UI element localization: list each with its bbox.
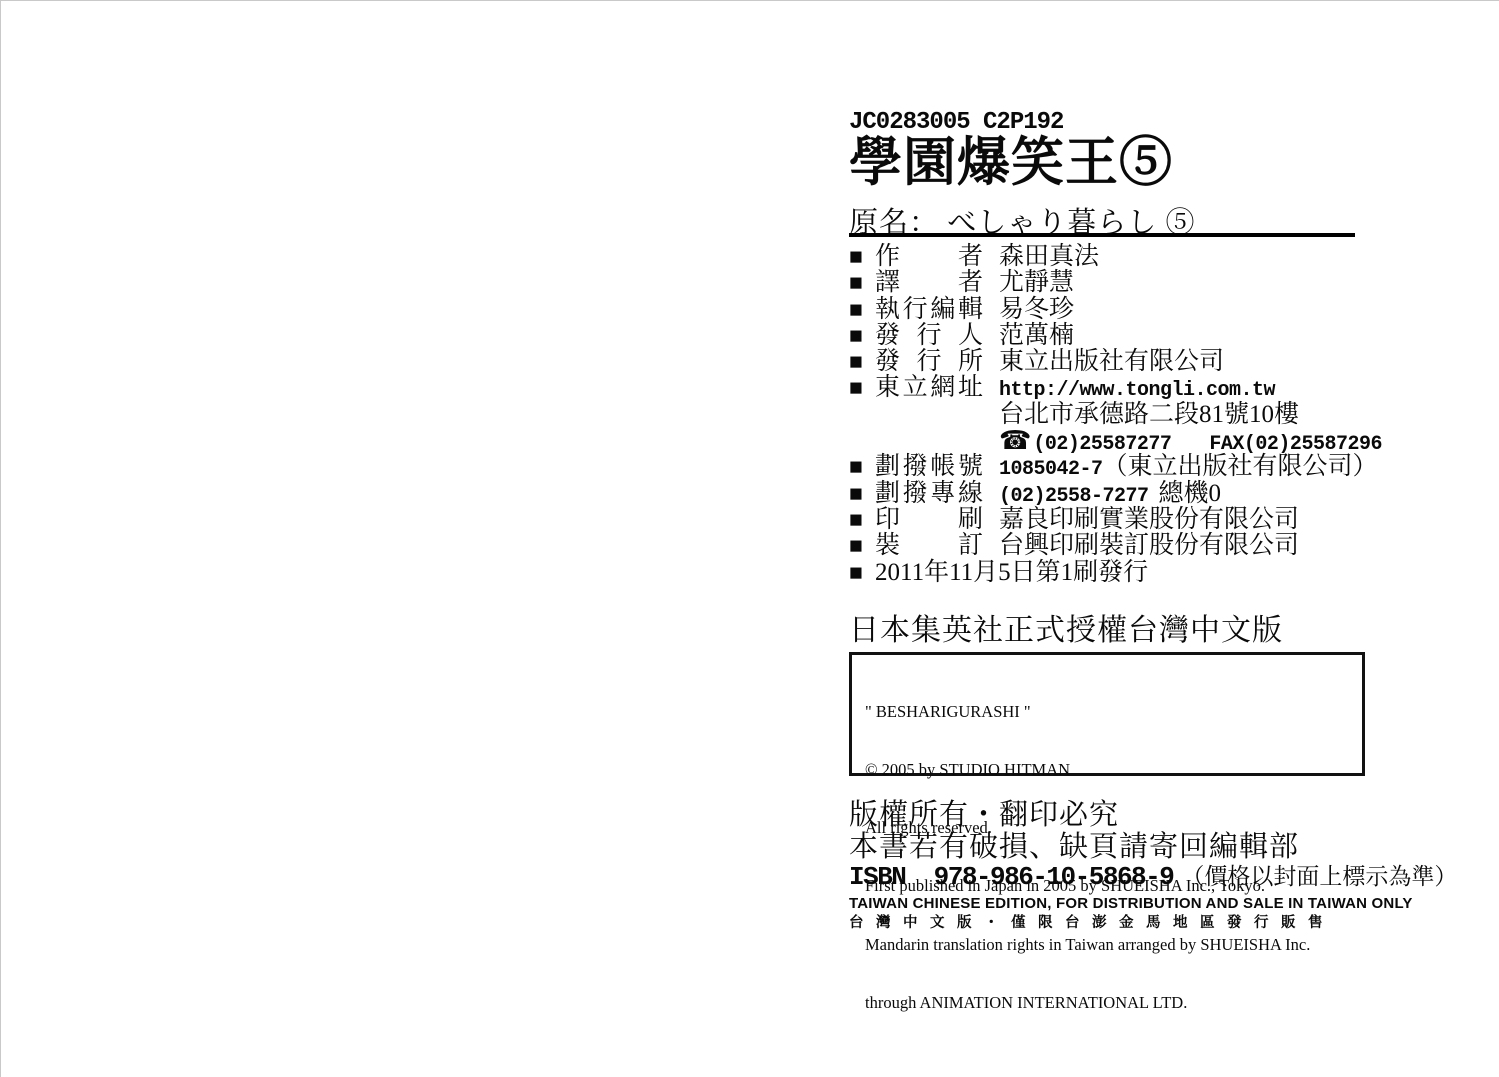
- row-editor: ■ 執行編輯 易冬珍: [849, 297, 1409, 323]
- product-code: JC0283005 C2P192: [849, 109, 1063, 136]
- isbn-row: ISBN 978-986-10-5868-9 （價格以封面上標示為準）: [849, 858, 1457, 892]
- row-postal-account: ■ 劃撥帳號 1085042-7 （東立出版社有限公司）: [849, 454, 1409, 480]
- row-website: ■ 東立網址 http://www.tongli.com.tw: [849, 375, 1409, 401]
- isbn-number: ISBN 978-986-10-5868-9: [849, 862, 1173, 892]
- first-print-date: 2011年11月5日第1刷發行: [875, 560, 1148, 586]
- editor-value: 易冬珍: [999, 297, 1074, 323]
- square-bullet-icon: ■: [849, 323, 875, 349]
- copyright-box-line: " BESHARIGURASHI ": [865, 702, 1352, 721]
- square-bullet-icon: ■: [849, 507, 875, 533]
- row-author: ■ 作 者 森田真法: [849, 244, 1409, 270]
- publisher-value: 東立出版社有限公司: [999, 349, 1224, 375]
- copyright-box-line: through ANIMATION INTERNATIONAL LTD.: [865, 993, 1352, 1012]
- postal-hotline-suffix: 總機0: [1159, 481, 1222, 507]
- postal-account-note: （東立出版社有限公司）: [1103, 454, 1378, 480]
- book-title: 學園爆笑王⑤: [849, 134, 1173, 192]
- square-bullet-icon: ■: [849, 560, 875, 586]
- website-label: 東立網址: [875, 375, 983, 401]
- copyright-box-line: © 2005 by STUDIO HITMAN: [865, 760, 1352, 779]
- row-phone-fax: ☎ (02)25587277 FAX(02)25587296: [849, 428, 1409, 454]
- colophon-page: JC0283005 C2P192 學園爆笑王⑤ 原名： べしゃり暮らし ⑤ ■ …: [0, 0, 1499, 1077]
- row-publisher: ■ 發 行 所 東立出版社有限公司: [849, 349, 1409, 375]
- license-statement: 日本集英社正式授權台灣中文版: [849, 605, 1283, 649]
- row-address: 台北市承德路二段81號10樓: [849, 402, 1409, 428]
- square-bullet-icon: ■: [849, 533, 875, 559]
- square-bullet-icon: ■: [849, 297, 875, 323]
- author-value: 森田真法: [999, 244, 1099, 270]
- translator-label: 譯 者: [875, 270, 983, 296]
- row-printing: ■ 印 刷 嘉良印刷實業股份有限公司: [849, 507, 1409, 533]
- printing-value: 嘉良印刷實業股份有限公司: [999, 507, 1299, 533]
- square-bullet-icon: ■: [849, 454, 875, 480]
- row-issuer: ■ 發 行 人 范萬楠: [849, 323, 1409, 349]
- binding-value: 台興印刷裝訂股份有限公司: [999, 533, 1299, 559]
- binding-label: 裝 訂: [875, 533, 983, 559]
- postal-hotline-label: 劃撥專線: [875, 481, 983, 507]
- row-translator: ■ 譯 者 尤靜慧: [849, 270, 1409, 296]
- translator-value: 尤靜慧: [999, 270, 1074, 296]
- issuer-value: 范萬楠: [999, 323, 1074, 349]
- postal-account-number: 1085042-7: [999, 457, 1103, 483]
- row-first-print-date: ■ 2011年11月5日第1刷發行: [849, 560, 1409, 586]
- isbn-price-note: （價格以封面上標示為準）: [1181, 858, 1457, 891]
- author-label: 作 者: [875, 244, 983, 270]
- title-divider-rule: [849, 233, 1355, 237]
- copyright-box: " BESHARIGURASHI " © 2005 by STUDIO HITM…: [849, 652, 1365, 776]
- square-bullet-icon: ■: [849, 375, 875, 401]
- publisher-address: 台北市承德路二段81號10樓: [999, 402, 1299, 428]
- region-notice-zh: 台灣中文版・僅限台澎金馬地區發行販售: [849, 911, 1335, 932]
- publisher-label: 發 行 所: [875, 349, 983, 375]
- telephone-icon: ☎: [999, 428, 1031, 454]
- region-notice-en: TAIWAN CHINESE EDITION, FOR DISTRIBUTION…: [849, 895, 1413, 912]
- issuer-label: 發 行 人: [875, 323, 983, 349]
- colophon-list: ■ 作 者 森田真法 ■ 譯 者 尤靜慧 ■ 執行編輯 易冬珍 ■ 發 行 人 …: [849, 244, 1409, 586]
- square-bullet-icon: ■: [849, 481, 875, 507]
- editor-label: 執行編輯: [875, 297, 983, 323]
- copyright-box-line: Mandarin translation rights in Taiwan ar…: [865, 935, 1352, 954]
- printing-label: 印 刷: [875, 507, 983, 533]
- row-postal-hotline: ■ 劃撥專線 (02)2558-7277 總機0: [849, 481, 1409, 507]
- square-bullet-icon: ■: [849, 244, 875, 270]
- square-bullet-icon: ■: [849, 349, 875, 375]
- square-bullet-icon: ■: [849, 270, 875, 296]
- postal-account-label: 劃撥帳號: [875, 454, 983, 480]
- row-binding: ■ 裝 訂 台興印刷裝訂股份有限公司: [849, 533, 1409, 559]
